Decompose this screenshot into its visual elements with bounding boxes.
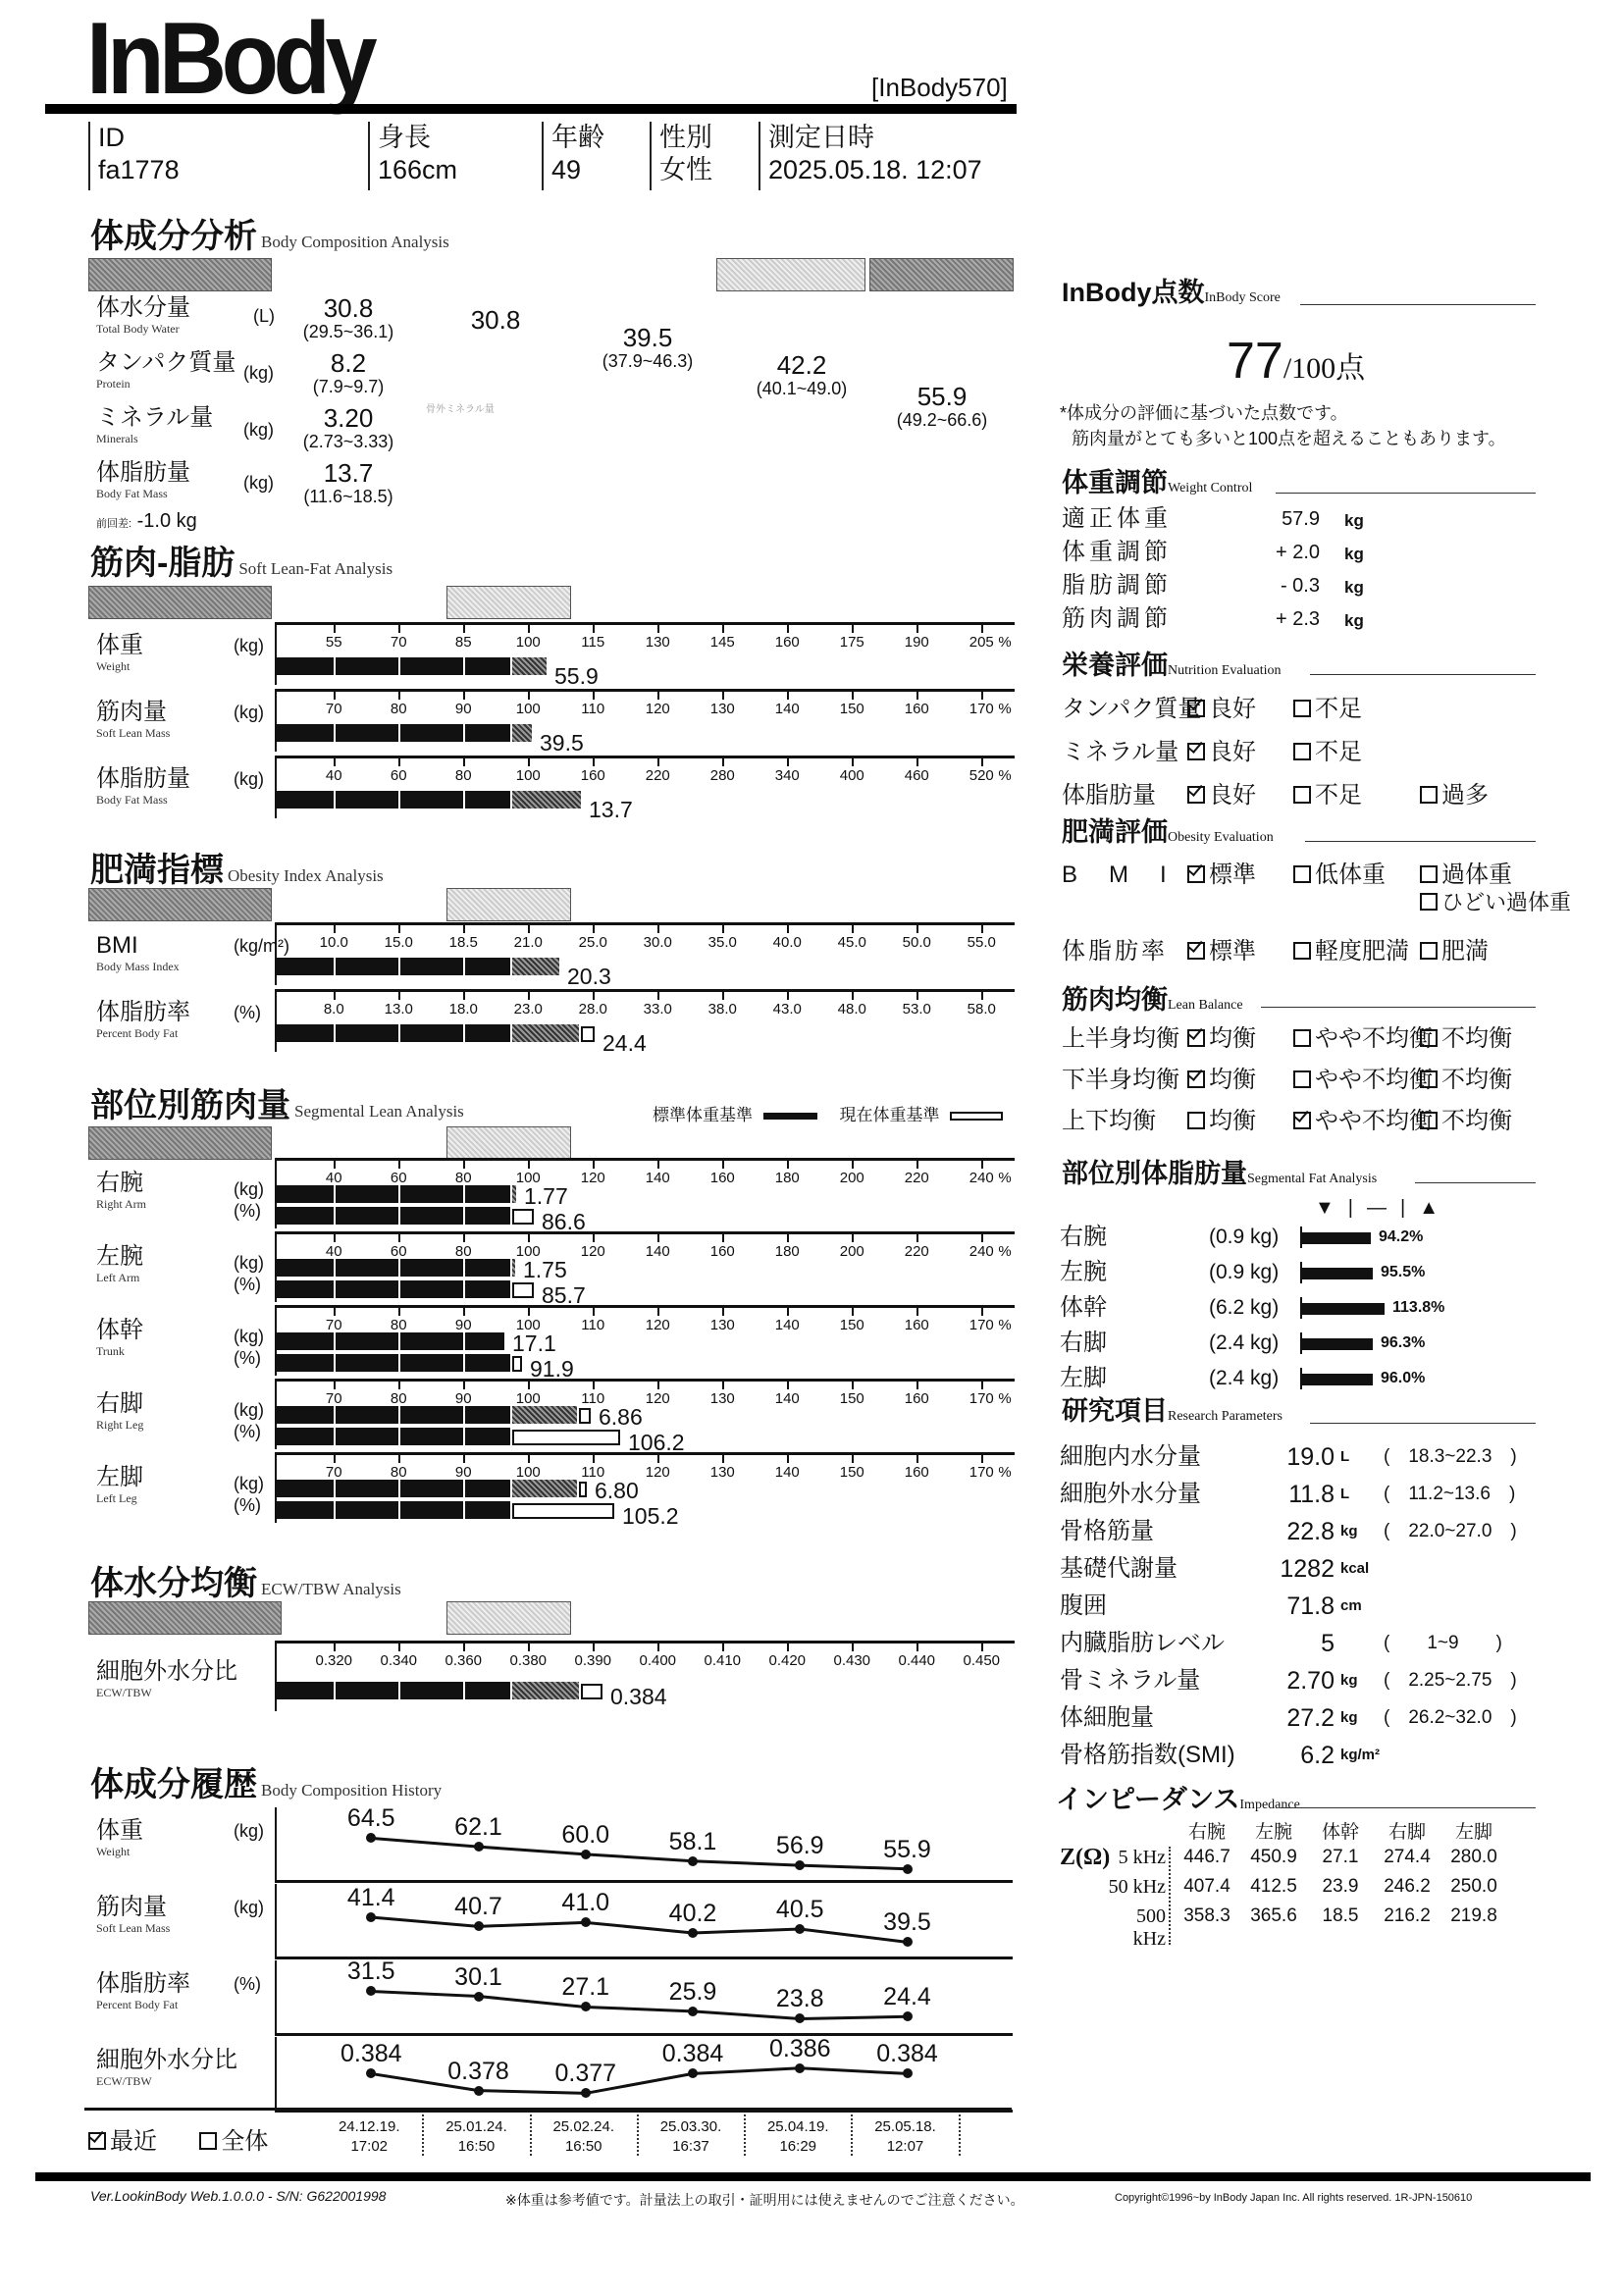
eval-option[interactable]: 不足 <box>1293 695 1362 724</box>
axis-tick-label: 150 <box>840 1464 864 1481</box>
weight-column: 55.9 (49.2~66.6) <box>878 383 1006 431</box>
axis-tick-label: 0.340 <box>380 1652 417 1669</box>
eval-option[interactable]: 良好 <box>1187 738 1256 767</box>
eval-option[interactable]: 不足 <box>1293 781 1362 810</box>
axis-tick-label: 100 <box>516 1390 541 1407</box>
row-sublabel: Minerals <box>96 432 213 446</box>
value-bar <box>277 1024 510 1042</box>
axis-tick <box>657 1644 659 1651</box>
axis-tick <box>981 1308 983 1316</box>
research-value: 71.8 <box>1246 1592 1335 1621</box>
axis-unit-label: % <box>998 1390 1011 1407</box>
axis-tick <box>787 1308 789 1316</box>
history-value: 58.1 <box>669 1828 717 1856</box>
time: 12:07 <box>874 2137 936 2157</box>
nutrition-rule <box>1310 674 1536 675</box>
eval-option[interactable]: 均衡 <box>1187 1024 1256 1054</box>
row-label: 左腕 <box>96 1243 143 1271</box>
bar-segment-gap <box>398 1428 400 1445</box>
eval-option[interactable]: 良好 <box>1187 695 1256 724</box>
divider-icon: | <box>1400 1197 1419 1219</box>
obesity-chart-0: 10.015.018.521.025.030.035.040.045.050.0… <box>275 922 1015 985</box>
eval-option[interactable]: やや不均衡 <box>1293 1024 1433 1054</box>
range: (40.1~49.0) <box>738 379 865 399</box>
axis-tick-label: 0.400 <box>639 1652 676 1669</box>
option-label: やや不均衡 <box>1315 1067 1433 1093</box>
axis-tick-label: 0.380 <box>509 1652 547 1669</box>
axis-tick-label: 145 <box>710 634 735 651</box>
segment-fat-pct: 95.5% <box>1381 1264 1425 1281</box>
axis-tick <box>463 1161 465 1169</box>
axis-tick <box>916 758 918 766</box>
bar-value: 6.86 <box>599 1404 643 1431</box>
pbf-opt-standard[interactable]: 標準 <box>1187 937 1256 966</box>
kg-bar <box>277 1406 510 1424</box>
research-unit: kg <box>1340 1672 1358 1689</box>
row-sublabel: Weight <box>96 659 143 674</box>
bca-row-fat: 体脂肪量 Body Fat Mass <box>96 459 190 501</box>
obesity-chart-1: 8.013.018.023.028.033.038.043.048.053.05… <box>275 989 1015 1052</box>
filter-recent-label: 最近 <box>110 2128 157 2155</box>
axis-tick-label: 90 <box>455 1464 472 1481</box>
axis-tick <box>981 1382 983 1389</box>
impedance-value: 250.0 <box>1450 1876 1497 1898</box>
weight-control-value: + 2.3 <box>1261 604 1320 634</box>
weight-control-unit: kg <box>1344 540 1364 569</box>
soft-lean-fat-chart-2: 406080100160220280340400460520%13.7 <box>275 756 1015 818</box>
score-note-2: 筋肉量がとても多いと100点を超えることもあります。 <box>1060 426 1506 451</box>
axis-tick <box>787 1161 789 1169</box>
age-cell: 年齢 49 <box>542 122 640 190</box>
history-value: 24.4 <box>883 1983 931 2011</box>
bar-segment-gap <box>463 791 465 809</box>
row-sublabel: Percent Body Fat <box>96 1026 190 1041</box>
bar-value: 105.2 <box>622 1503 679 1530</box>
checkbox-checked[interactable] <box>1187 743 1205 760</box>
axis-tick <box>852 1234 854 1242</box>
axis-tick-label: 115 <box>581 634 604 651</box>
date: 25.03.30. <box>660 2117 722 2137</box>
row-sublabel: Right Leg <box>96 1418 143 1433</box>
axis-tick-label: 170 <box>969 701 994 717</box>
eval-option[interactable]: 過多 <box>1420 781 1489 810</box>
bar-segment-gap <box>334 724 336 742</box>
axis-tick <box>463 1308 465 1316</box>
axis-tick-label: 0.430 <box>833 1652 870 1669</box>
axis-tick <box>334 1455 336 1463</box>
axis-tick <box>528 1161 530 1169</box>
checkbox-checked[interactable] <box>1187 700 1205 717</box>
date-separator <box>959 2114 961 2156</box>
axis-tick <box>593 925 595 933</box>
option-label: 不足 <box>1315 696 1362 722</box>
obesity-header-label <box>88 888 272 921</box>
axis-tick <box>852 1308 854 1316</box>
unit-kg: (kg) <box>234 1400 264 1421</box>
bar-segment-gap <box>398 1480 400 1497</box>
axis-tick <box>722 1234 724 1242</box>
research-unit: L <box>1340 1486 1349 1502</box>
filter-all-checkbox[interactable] <box>199 2132 217 2150</box>
row-unit: (kg) <box>234 1898 264 1918</box>
eval-option[interactable]: 不均衡 <box>1420 1066 1512 1095</box>
bar-segment-gap <box>398 1024 400 1042</box>
value-bar <box>277 724 510 742</box>
history-point <box>366 1912 376 1922</box>
axis-tick <box>787 1234 789 1242</box>
eval-row-label: 上下均衡 <box>1062 1107 1156 1136</box>
unit-pct: (%) <box>234 1275 261 1295</box>
chart-row-label: 体脂肪率Percent Body Fat <box>96 1970 190 2012</box>
axis-tick-label: 40 <box>326 1243 342 1260</box>
section-title-ja: 肥満指標 <box>90 852 224 889</box>
pbf-opt-mild[interactable]: 軽度肥満 <box>1293 937 1409 966</box>
checkbox[interactable] <box>1420 893 1438 911</box>
date-separator <box>422 2114 424 2156</box>
history-date: 25.02.24.16:50 <box>552 2117 614 2157</box>
fat-bar <box>1302 1268 1373 1279</box>
unit-kg: (kg) <box>234 1327 264 1347</box>
axis-tick <box>722 1455 724 1463</box>
checkbox[interactable] <box>1420 942 1438 960</box>
checkbox[interactable] <box>1420 1112 1438 1129</box>
axis-tick-label: 90 <box>455 701 472 717</box>
section-title-en: Weight Control <box>1168 481 1252 496</box>
bmi-opt-overweight[interactable]: 過体重 <box>1420 861 1512 890</box>
axis-tick <box>528 1644 530 1651</box>
axis-tick-label: 33.0 <box>644 1001 672 1018</box>
axis-tick-label: 0.390 <box>574 1652 611 1669</box>
ecw-header-normal <box>446 1601 571 1635</box>
pbf-eval-label: 体脂肪率 <box>1062 937 1168 966</box>
row-unit: (kg) <box>243 420 274 441</box>
bmi-opt-underweight[interactable]: 低体重 <box>1293 861 1386 890</box>
segmental-lean-chart-1: 406080100120140160180200220240%1.7585.7 <box>275 1231 1015 1302</box>
checkbox[interactable] <box>1420 786 1438 804</box>
chart-row-label: 体幹Trunk <box>96 1317 143 1359</box>
checkbox[interactable] <box>1293 743 1311 760</box>
axis-tick-label: 43.0 <box>773 1001 802 1018</box>
axis-tick <box>852 1161 854 1169</box>
time: 16:37 <box>660 2137 722 2157</box>
unit-kg: (kg) <box>234 1179 264 1200</box>
option-label: ひどい過体重 <box>1441 890 1571 914</box>
date-separator <box>744 2114 746 2156</box>
range: (49.2~66.6) <box>878 410 1006 431</box>
pbf-opt-obese[interactable]: 肥満 <box>1420 937 1489 966</box>
axis-tick <box>398 1455 400 1463</box>
checkbox[interactable] <box>1293 865 1311 883</box>
research-label: 骨格筋量 <box>1060 1517 1154 1546</box>
axis-tick <box>981 758 983 766</box>
history-value: 40.2 <box>669 1900 717 1928</box>
eval-option[interactable]: 良好 <box>1187 781 1256 810</box>
impedance-value: 23.9 <box>1323 1876 1359 1898</box>
row-label: タンパク質量 <box>96 349 236 377</box>
impedance-value: 280.0 <box>1450 1847 1497 1868</box>
axis-tick-label: 120 <box>581 1243 605 1260</box>
research-unit: L <box>1340 1448 1349 1465</box>
axis-tick-label: 220 <box>905 1170 929 1186</box>
tbw-value: 30.8 (29.5~36.1) <box>285 294 412 342</box>
axis-tick-label: 140 <box>646 1170 670 1186</box>
eval-option[interactable]: 不均衡 <box>1420 1024 1512 1054</box>
checkbox[interactable] <box>1187 1112 1205 1129</box>
row-label: 左脚 <box>96 1464 143 1491</box>
value-bar <box>277 657 510 675</box>
checkbox[interactable] <box>1293 942 1311 960</box>
bca-header-ffm <box>716 258 865 291</box>
axis-tick-label: 8.0 <box>324 1001 344 1018</box>
axis-unit-label: % <box>998 767 1011 784</box>
axis-tick-label: 70 <box>391 634 407 651</box>
axis-tick-label: 0.320 <box>315 1652 352 1669</box>
seg-header-normal <box>446 1126 571 1160</box>
unit-pct: (%) <box>234 1422 261 1442</box>
axis-tick-label: 80 <box>391 701 407 717</box>
axis-tick-label: 160 <box>905 701 929 717</box>
filter-recent-checkbox[interactable] <box>88 2132 106 2150</box>
kg-bar <box>277 1480 510 1497</box>
section-title-ja: 体成分分析 <box>90 218 257 255</box>
axis-tick <box>657 1382 659 1389</box>
history-point <box>903 2011 913 2021</box>
axis-tick-label: 130 <box>710 701 735 717</box>
axis-tick <box>334 925 336 933</box>
axis-unit-label: % <box>998 1464 1011 1481</box>
axis-tick-label: 160 <box>710 1170 735 1186</box>
weight-control-rule <box>1276 493 1536 494</box>
sex-value: 女性 <box>659 154 748 186</box>
bar-segment-gap <box>334 1501 336 1519</box>
impedance-value: 27.1 <box>1323 1847 1359 1868</box>
unit-kg: (kg) <box>234 1474 264 1494</box>
chart-top-rule <box>277 756 1015 758</box>
axis-tick-label: 53.0 <box>903 1001 931 1018</box>
axis-tick <box>463 1644 465 1651</box>
impedance-value: 365.6 <box>1250 1905 1297 1927</box>
axis-tick-label: 220 <box>646 767 670 784</box>
impedance-column-header: 右腕 <box>1188 1817 1226 1844</box>
bar-current-weight-extension <box>581 1026 595 1042</box>
axis-tick <box>334 1161 336 1169</box>
axis-tick-label: 400 <box>840 767 864 784</box>
bar-segment-gap <box>334 1259 336 1277</box>
axis-tick <box>528 992 530 1000</box>
checkbox[interactable] <box>1293 1029 1311 1047</box>
axis-tick <box>593 625 595 633</box>
research-unit: kg <box>1340 1523 1358 1539</box>
unit-pct: (%) <box>234 1201 261 1222</box>
height-value: 166cm <box>378 154 525 186</box>
axis-tick-label: 23.0 <box>514 1001 543 1018</box>
axis-tick <box>463 1382 465 1389</box>
slf-header-normal <box>446 586 571 619</box>
checkbox-checked[interactable] <box>1187 942 1205 960</box>
axis-tick <box>398 1161 400 1169</box>
row-label: 体重 <box>96 632 143 659</box>
weight-control-label: 適正体重 <box>1062 504 1172 534</box>
axis-tick-label: 205 <box>969 634 994 651</box>
checkbox-checked[interactable] <box>1293 1112 1311 1129</box>
date: 25.01.24. <box>445 2117 507 2137</box>
weight-control-value: - 0.3 <box>1261 571 1320 600</box>
bar-current-weight-extension <box>512 1356 522 1372</box>
footer-copyright: Copyright©1996~by InBody Japan Inc. All … <box>1115 2192 1472 2204</box>
axis-tick-label: 48.0 <box>838 1001 866 1018</box>
option-label: 均衡 <box>1209 1067 1256 1093</box>
axis-tick <box>463 1234 465 1242</box>
chart-top-rule <box>277 1641 1015 1644</box>
axis-tick-label: 28.0 <box>579 1001 607 1018</box>
bar-segment-gap <box>334 791 336 809</box>
checkbox[interactable] <box>1420 1070 1438 1088</box>
history-date: 25.05.18.12:07 <box>874 2117 936 2157</box>
axis-tick <box>334 1644 336 1651</box>
eval-option[interactable]: 均衡 <box>1187 1107 1256 1136</box>
axis-tick-label: 13.0 <box>385 1001 413 1018</box>
axis-tick <box>981 1644 983 1651</box>
bar-segment-gap <box>334 1024 336 1042</box>
axis-tick-label: 100 <box>516 767 541 784</box>
axis-tick-label: 40 <box>326 767 342 784</box>
segmental-fat-rule <box>1415 1182 1536 1183</box>
bmi-opt-standard[interactable]: 標準 <box>1187 861 1256 890</box>
axis-tick <box>657 925 659 933</box>
segment-fat-kg: (6.2 kg) <box>1209 1293 1279 1323</box>
option-label: 過多 <box>1441 782 1489 809</box>
axis-tick-label: 35.0 <box>708 934 737 951</box>
bar-value: 17.1 <box>512 1331 556 1357</box>
fat-bar <box>1302 1338 1373 1350</box>
row-unit: (%) <box>234 1003 261 1023</box>
weight-control-unit: kg <box>1344 606 1364 636</box>
axis-tick-label: 80 <box>455 767 472 784</box>
section-title-en: Nutrition Evaluation <box>1168 663 1281 678</box>
eval-option[interactable]: 不均衡 <box>1420 1107 1512 1136</box>
axis-tick-label: 120 <box>581 1170 605 1186</box>
history-date: 25.01.24.16:50 <box>445 2117 507 2157</box>
bmi-eval-label: B M I <box>1062 861 1171 890</box>
soft-lean-fat-chart-0: 557085100115130145160175190205%55.9 <box>275 622 1015 685</box>
section-title-en: Obesity Index Analysis <box>228 866 384 885</box>
row-unit: (kg) <box>234 769 264 790</box>
bar-extension <box>512 1024 579 1042</box>
bmi-opt-severe[interactable]: ひどい過体重 <box>1420 888 1571 917</box>
checkbox[interactable] <box>1293 700 1311 717</box>
time: 16:50 <box>552 2137 614 2157</box>
axis-tick-label: 80 <box>455 1243 472 1260</box>
checkbox-checked[interactable] <box>1187 1070 1205 1088</box>
bar-segment-gap <box>463 1259 465 1277</box>
date-separator <box>637 2114 639 2156</box>
bar-value: 0.384 <box>610 1684 667 1710</box>
option-label: 不均衡 <box>1441 1025 1512 1052</box>
id-cell: ID fa1778 <box>88 122 363 190</box>
body-composition-title: 体成分分析Body Composition Analysis <box>90 218 449 261</box>
axis-tick <box>981 1161 983 1169</box>
history-point <box>581 1850 591 1859</box>
row-sublabel: Left Arm <box>96 1271 143 1285</box>
axis-tick <box>398 1308 400 1316</box>
checkbox[interactable] <box>1293 1070 1311 1088</box>
bar-extension <box>512 724 532 742</box>
bar-segment-gap <box>334 1207 336 1225</box>
bar-segment-gap <box>463 1332 465 1350</box>
history-value: 0.386 <box>769 2035 831 2063</box>
axis-tick <box>398 1644 400 1651</box>
section-title-ja: 体重調節 <box>1062 468 1168 497</box>
research-range: ( 22.0~27.0 ) <box>1384 1517 1517 1546</box>
section-title-en: Segmental Fat Analysis <box>1247 1172 1377 1186</box>
axis-tick <box>916 1161 918 1169</box>
history-point <box>474 2086 484 2096</box>
research-value: 2.70 <box>1246 1666 1335 1696</box>
eval-option[interactable]: 不足 <box>1293 738 1362 767</box>
checkbox-checked[interactable] <box>1187 786 1205 804</box>
range: (7.9~9.7) <box>285 377 412 397</box>
research-value: 11.8 <box>1246 1480 1335 1509</box>
row-sublabel: Body Fat Mass <box>96 793 190 808</box>
impedance-value: 274.4 <box>1384 1847 1431 1868</box>
history-value: 27.1 <box>561 1973 609 2002</box>
bar-segment-gap <box>398 1280 400 1298</box>
checkbox-checked[interactable] <box>1187 1029 1205 1047</box>
axis-tick <box>528 692 530 700</box>
axis-tick-label: 70 <box>326 701 342 717</box>
time: 17:02 <box>339 2137 400 2157</box>
option-label: 均衡 <box>1209 1108 1256 1134</box>
eval-option[interactable]: やや不均衡 <box>1293 1107 1433 1136</box>
row-sublabel: Weight <box>96 1845 143 1859</box>
axis-tick-label: 150 <box>840 1317 864 1333</box>
sex-cell: 性別 女性 <box>650 122 748 190</box>
impedance-value: 412.5 <box>1250 1876 1297 1898</box>
eval-option[interactable]: 均衡 <box>1187 1066 1256 1095</box>
checkbox[interactable] <box>1420 865 1438 883</box>
chart-top-rule <box>277 1379 1015 1382</box>
research-label: 内臓脂肪レベル <box>1060 1629 1225 1658</box>
axis-tick-label: 0.360 <box>445 1652 482 1669</box>
axis-tick-label: 190 <box>905 634 929 651</box>
checkbox[interactable] <box>1293 786 1311 804</box>
value: 3.20 <box>285 404 412 432</box>
row-label: 細胞外水分比 <box>96 1658 237 1686</box>
checkbox-checked[interactable] <box>1187 865 1205 883</box>
eval-option[interactable]: やや不均衡 <box>1293 1066 1433 1095</box>
checkbox[interactable] <box>1420 1029 1438 1047</box>
axis-tick-label: 140 <box>775 1390 800 1407</box>
axis-tick-label: 70 <box>326 1317 342 1333</box>
research-range: ( 26.2~32.0 ) <box>1384 1703 1517 1733</box>
impedance-frequency: 5 kHz <box>1099 1847 1166 1869</box>
bar-extension <box>512 657 547 675</box>
soft-lean-fat-chart-1: 708090100110120130140150160170%39.5 <box>275 689 1015 752</box>
row-label: 体水分量 <box>96 294 190 322</box>
footer-notice: ※体重は参考値です。計量法上の取引・証明用には使えませんのでご注意ください。 <box>505 2190 1024 2210</box>
axis-tick-label: 340 <box>775 767 800 784</box>
impedance-value: 246.2 <box>1384 1876 1431 1898</box>
row-label: 体脂肪量 <box>96 459 190 487</box>
segment-label: 右腕 <box>1060 1223 1107 1252</box>
date-separator <box>851 2114 853 2156</box>
sex-label: 性別 <box>659 122 748 154</box>
bar-segment-gap <box>463 657 465 675</box>
segmental-lean-chart-3: 708090100110120130140150160170%6.86106.2 <box>275 1379 1015 1449</box>
history-point <box>474 1992 484 2002</box>
segment-label: 左脚 <box>1060 1364 1107 1393</box>
axis-tick-label: 60 <box>391 1243 407 1260</box>
